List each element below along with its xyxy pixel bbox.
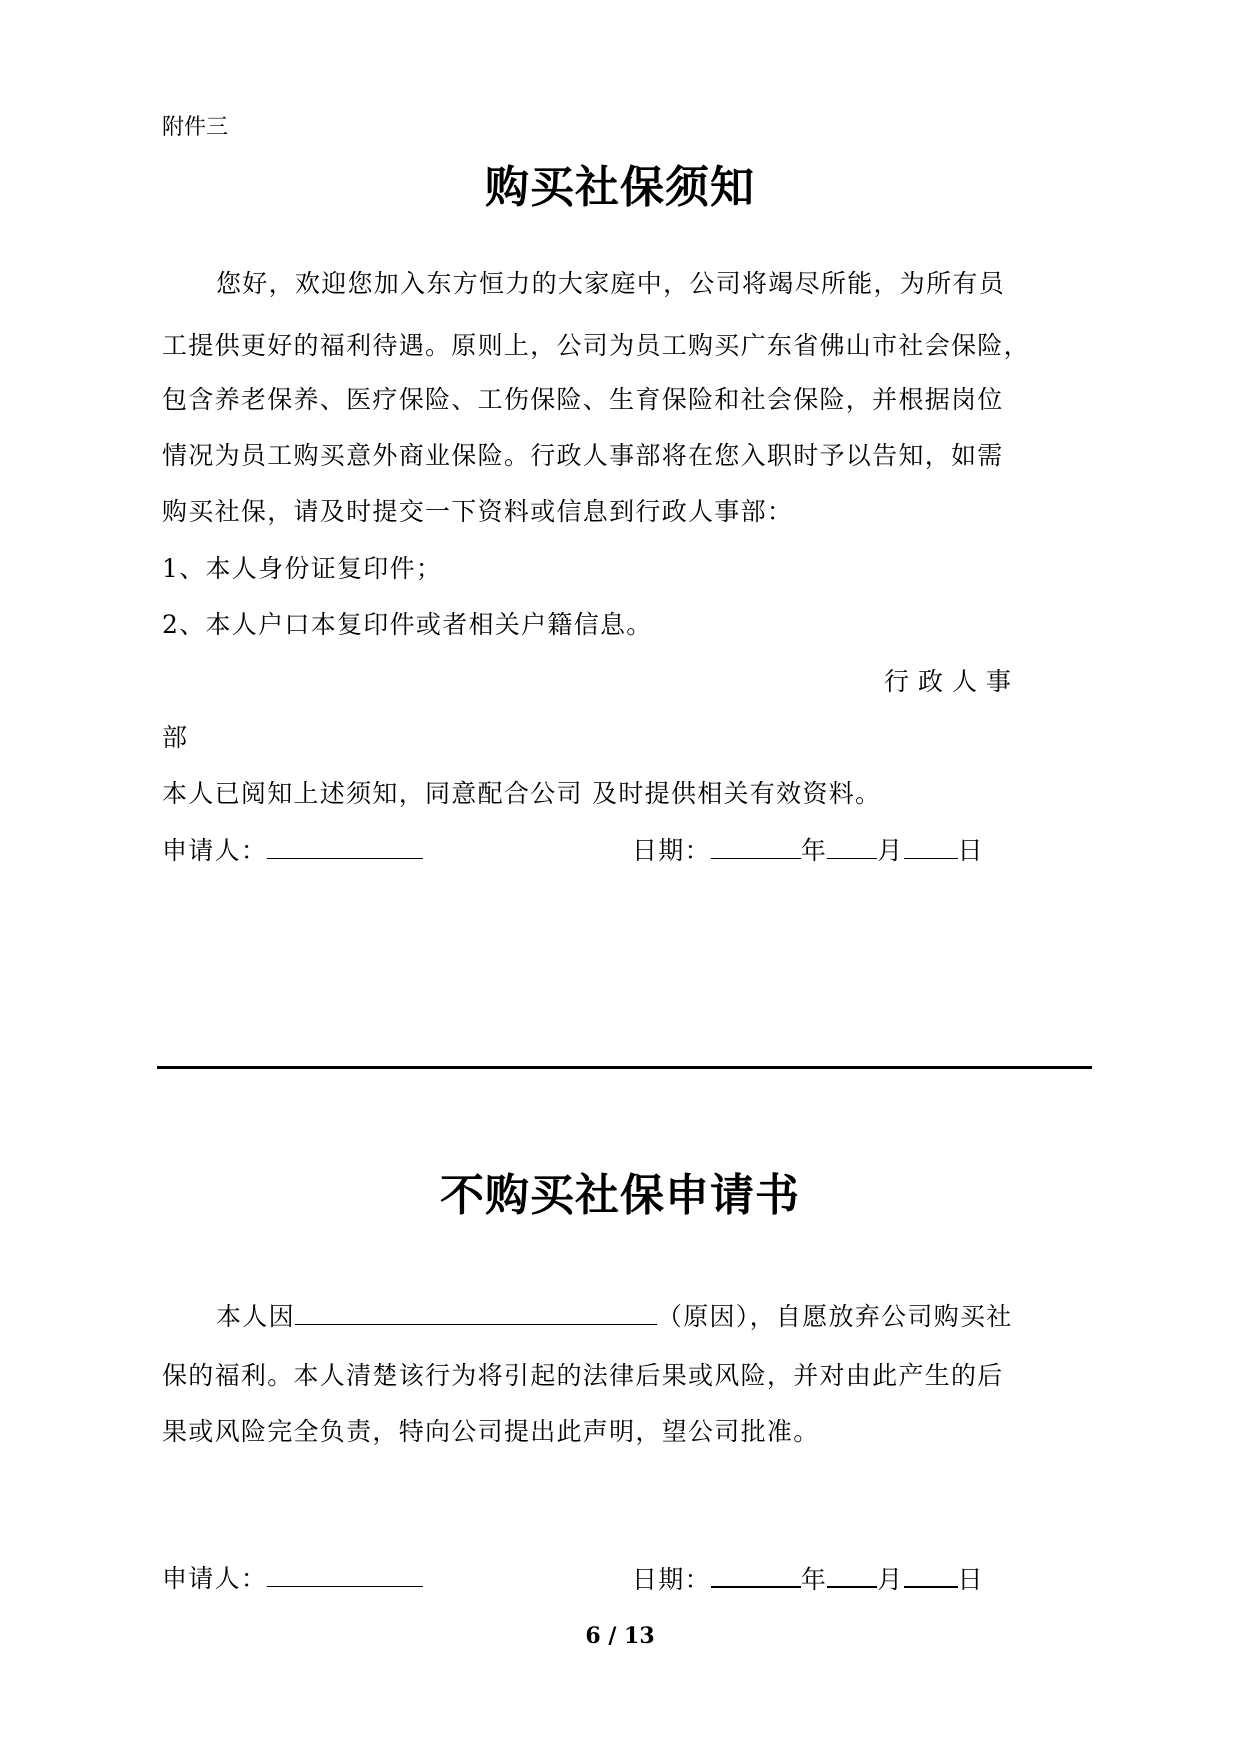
notice-applicant-row: 申请人： <box>162 834 423 867</box>
notice-title: 购买社保须知 <box>0 160 1240 216</box>
day-field[interactable] <box>904 1562 958 1588</box>
day-label: 日 <box>958 836 984 865</box>
declination-title: 不购买社保申请书 <box>0 1168 1240 1224</box>
year-label: 年 <box>801 836 827 865</box>
year-field[interactable] <box>711 834 801 859</box>
section-divider <box>157 1066 1092 1069</box>
reason-line: 本人因（原因），自愿放弃公司购买社 <box>216 1300 1013 1333</box>
reason-suffix: （原因），自愿放弃公司购买社 <box>657 1302 1013 1331</box>
notice-date-row: 日期：年月日 <box>632 834 984 867</box>
declination-date-row: 日期：年月日 <box>632 1562 984 1596</box>
declination-applicant-row: 申请人： <box>162 1562 423 1595</box>
paragraph-line: 工提供更好的福利待遇。原则上，公司为员工购买广东省佛山市社会保险， <box>162 330 1030 362</box>
year-label: 年 <box>801 1565 827 1594</box>
signature-department-wrap: 部 <box>162 722 188 754</box>
paragraph-line: 您好，欢迎您加入东方恒力的大家庭中，公司将竭尽所能，为所有员 <box>216 268 1005 300</box>
month-label: 月 <box>877 836 903 865</box>
reason-field[interactable] <box>295 1300 657 1325</box>
day-label: 日 <box>958 1565 984 1594</box>
paragraph-line: 果或风险完全负责，特向公司提出此声明，望公司批准。 <box>162 1416 820 1448</box>
month-field[interactable] <box>827 834 877 859</box>
list-item: 1、本人身份证复印件； <box>162 553 442 585</box>
document-page: 附件三 购买社保须知 您好，欢迎您加入东方恒力的大家庭中，公司将竭尽所能，为所有… <box>0 0 1240 1754</box>
date-label: 日期： <box>632 1565 711 1594</box>
reason-prefix: 本人因 <box>216 1302 295 1331</box>
list-item: 2、本人户口本复印件或者相关户籍信息。 <box>162 609 653 641</box>
page-number: 6 / 13 <box>0 1622 1240 1650</box>
applicant-signature-field[interactable] <box>267 1562 423 1587</box>
date-label: 日期： <box>632 836 711 865</box>
day-field[interactable] <box>904 834 958 859</box>
applicant-signature-field[interactable] <box>267 834 423 859</box>
month-field[interactable] <box>827 1562 877 1588</box>
year-field[interactable] <box>711 1562 801 1588</box>
paragraph-line: 包含养老保养、医疗保险、工伤保险、生育保险和社会保险，并根据岗位 <box>162 384 1004 416</box>
attachment-label: 附件三 <box>162 114 228 142</box>
paragraph-line: 情况为员工购买意外商业保险。行政人事部将在您入职时予以告知，如需 <box>162 440 1004 472</box>
signature-department: 行政人事 <box>884 666 1020 698</box>
acknowledgement-text: 本人已阅知上述须知，同意配合公司 及时提供相关有效资料。 <box>162 778 881 810</box>
month-label: 月 <box>877 1565 903 1594</box>
paragraph-line: 购买社保，请及时提交一下资料或信息到行政人事部： <box>162 496 793 528</box>
applicant-label: 申请人： <box>162 836 267 865</box>
paragraph-line: 保的福利。本人清楚该行为将引起的法律后果或风险，并对由此产生的后 <box>162 1360 1004 1392</box>
applicant-label: 申请人： <box>162 1564 267 1593</box>
